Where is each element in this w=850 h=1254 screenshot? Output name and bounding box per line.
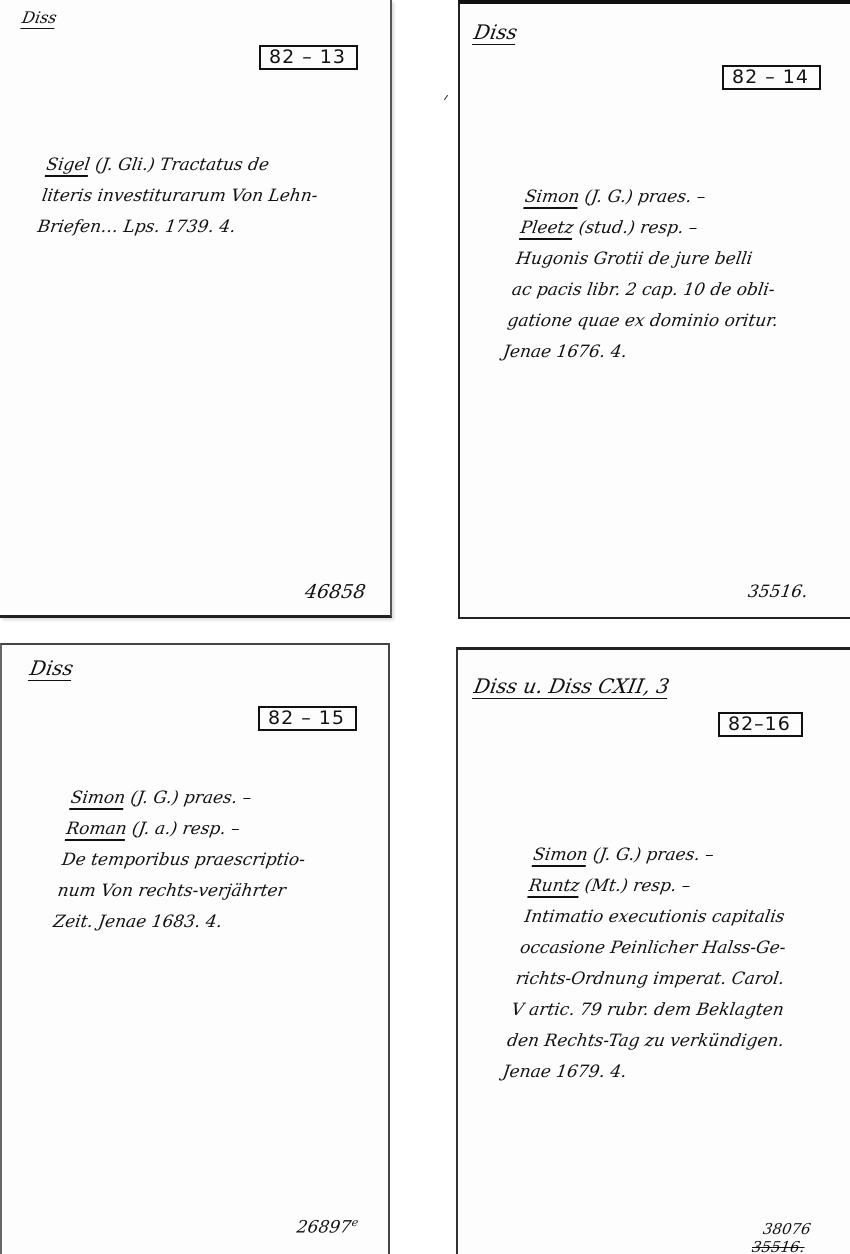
accession-number-struck: 35516. — [751, 1240, 806, 1254]
respondent-rest: (J. a.) resp. – — [125, 819, 241, 839]
entry-line: Simon (J. G.) praes. – — [69, 783, 316, 814]
praeses-name: Simon — [532, 845, 589, 867]
entry-line: Briefen… Lps. 1739. 4. — [35, 212, 315, 243]
entry-line: ac pacis libr. 2 cap. 10 de obli- — [510, 275, 785, 306]
author-rest: (J. Gli.) Tractatus de — [88, 155, 270, 175]
entry-line: occasione Peinlicher Halss-Ge- — [518, 933, 799, 964]
accession-number: 35516. — [747, 584, 809, 601]
author-name: Sigel — [45, 155, 92, 177]
accession-suffix: e — [351, 1216, 359, 1229]
entry-line: literis investiturarum Von Lehn- — [40, 181, 320, 212]
praeses-name: Simon — [69, 788, 126, 810]
entry-line: Intimatio executionis capitalis — [522, 902, 803, 933]
catalog-card-82-15: Diss 82 – 15 Simon (J. G.) praes. – Roma… — [0, 643, 390, 1254]
entry-line: gatione quae ex dominio oritur. — [505, 306, 780, 337]
call-number: 82 – 13 — [259, 45, 358, 70]
respondent-name: Pleetz — [519, 218, 575, 240]
catalog-entry: Sigel (J. Gli.) Tractatus de literis inv… — [35, 150, 324, 243]
call-number: 82 – 14 — [722, 65, 821, 90]
category-label: Diss u. Diss CXII, 3 — [472, 676, 671, 699]
catalog-card-82-13: Diss 82 – 13 Sigel (J. Gli.) Tractatus d… — [0, 0, 392, 618]
accession-number: 26897e — [296, 1217, 359, 1237]
entry-line: Simon (J. G.) praes. – — [523, 182, 798, 213]
praeses-rest: (J. G.) praes. – — [124, 788, 253, 808]
category-label: Diss — [28, 658, 75, 681]
entry-line: den Rechts-Tag zu verkündigen. — [505, 1026, 786, 1057]
entry-line: num Von rechts-verjährter — [55, 876, 302, 907]
catalog-entry: Simon (J. G.) praes. – Runtz (Mt.) resp.… — [501, 840, 813, 1088]
entry-line: Runtz (Mt.) resp. – — [527, 871, 808, 902]
accession-value: 26897 — [295, 1218, 352, 1238]
entry-line: Pleetz (stud.) resp. – — [518, 213, 793, 244]
catalog-entry: Simon (J. G.) praes. – Pleetz (stud.) re… — [501, 182, 798, 368]
accession-struck-value: 35516. — [751, 1238, 806, 1254]
entry-line: Simon (J. G.) praes. – — [531, 840, 812, 871]
catalog-card-82-14: Diss 82 – 14 Simon (J. G.) praes. – Plee… — [458, 0, 850, 619]
respondent-name: Roman — [65, 819, 128, 841]
respondent-rest: (Mt.) resp. – — [578, 876, 692, 896]
entry-line: Jenae 1676. 4. — [501, 337, 776, 368]
praeses-rest: (J. G.) praes. – — [586, 845, 715, 865]
entry-line: Jenae 1679. 4. — [501, 1057, 782, 1088]
entry-line: Zeit. Jenae 1683. 4. — [51, 907, 298, 938]
entry-line: De temporibus praescriptio- — [60, 845, 307, 876]
catalog-entry: Simon (J. G.) praes. – Roman (J. a.) res… — [51, 783, 316, 938]
entry-line: richts-Ordnung imperat. Carol. — [514, 964, 795, 995]
respondent-name: Runtz — [527, 876, 581, 898]
entry-line: V artic. 79 rubr. dem Beklagten — [509, 995, 790, 1026]
stray-mark — [444, 95, 448, 100]
category-label: Diss — [472, 22, 519, 45]
respondent-rest: (stud.) resp. – — [572, 218, 699, 238]
entry-line: Hugonis Grotii de jure belli — [514, 244, 789, 275]
entry-line: Sigel (J. Gli.) Tractatus de — [44, 150, 324, 181]
accession-number: 38076 — [762, 1222, 812, 1237]
entry-line: Roman (J. a.) resp. – — [64, 814, 311, 845]
call-number: 82 – 15 — [258, 706, 357, 731]
catalog-card-82-16: Diss u. Diss CXII, 3 82–16 Simon (J. G.)… — [456, 647, 850, 1254]
accession-number: 46858 — [304, 583, 367, 602]
call-number: 82–16 — [718, 712, 803, 737]
praeses-name: Simon — [523, 187, 580, 209]
praeses-rest: (J. G.) praes. – — [578, 187, 707, 207]
category-label: Diss — [20, 10, 58, 29]
